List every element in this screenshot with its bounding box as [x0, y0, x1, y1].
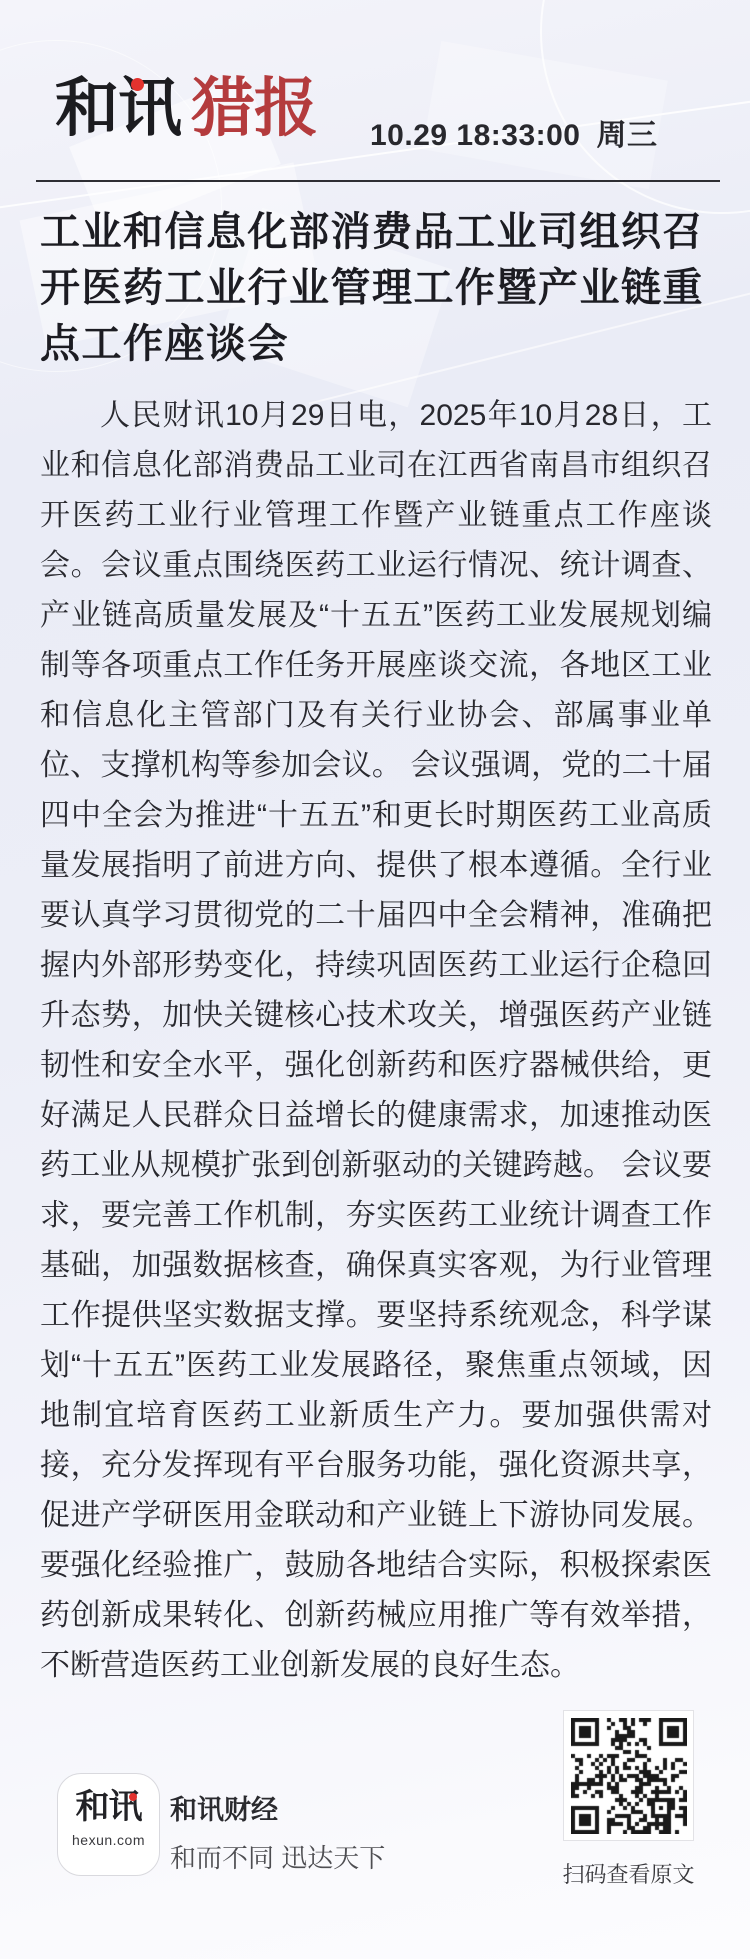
brand-logo-liebao: 猎报 [191, 72, 317, 144]
brand-logo-hexun: 和讯 [55, 72, 181, 144]
publish-datetime: 10.29 18:33:00 [370, 119, 581, 152]
qr-caption: 扫码查看原文 [556, 1858, 701, 1889]
qr-code-frame [563, 1710, 694, 1841]
qr-code [571, 1718, 687, 1834]
header-divider [36, 180, 720, 182]
account-slogan: 和而不同 迅达天下 [170, 1838, 385, 1875]
publish-timestamp: 10.29 18:33:00周三 [370, 110, 658, 154]
news-card: 和讯猎报 10.29 18:33:00周三 工业和信息化部消费品工业司组织召开医… [0, 0, 750, 1959]
logo-red-dot-icon [131, 78, 144, 91]
publish-weekday: 周三 [597, 119, 658, 152]
brand-logo: 和讯猎报 [55, 72, 317, 144]
hexun-app-logo: 和讯 hexun.com [57, 1773, 160, 1876]
article-title: 工业和信息化部消费品工业司组织召开医药工业行业管理工作暨产业链重点工作座谈会 [40, 204, 722, 372]
logo-red-dot-icon [129, 1793, 137, 1801]
account-name: 和讯财经 [170, 1788, 278, 1827]
hexun-logo-text: 和讯 [58, 1788, 159, 1826]
hexun-domain-label: hexun.com [58, 1832, 159, 1848]
article-body: 人民财讯10月29日电，2025年10月28日，工业和信息化部消费品工业司在江西… [40, 391, 712, 1691]
